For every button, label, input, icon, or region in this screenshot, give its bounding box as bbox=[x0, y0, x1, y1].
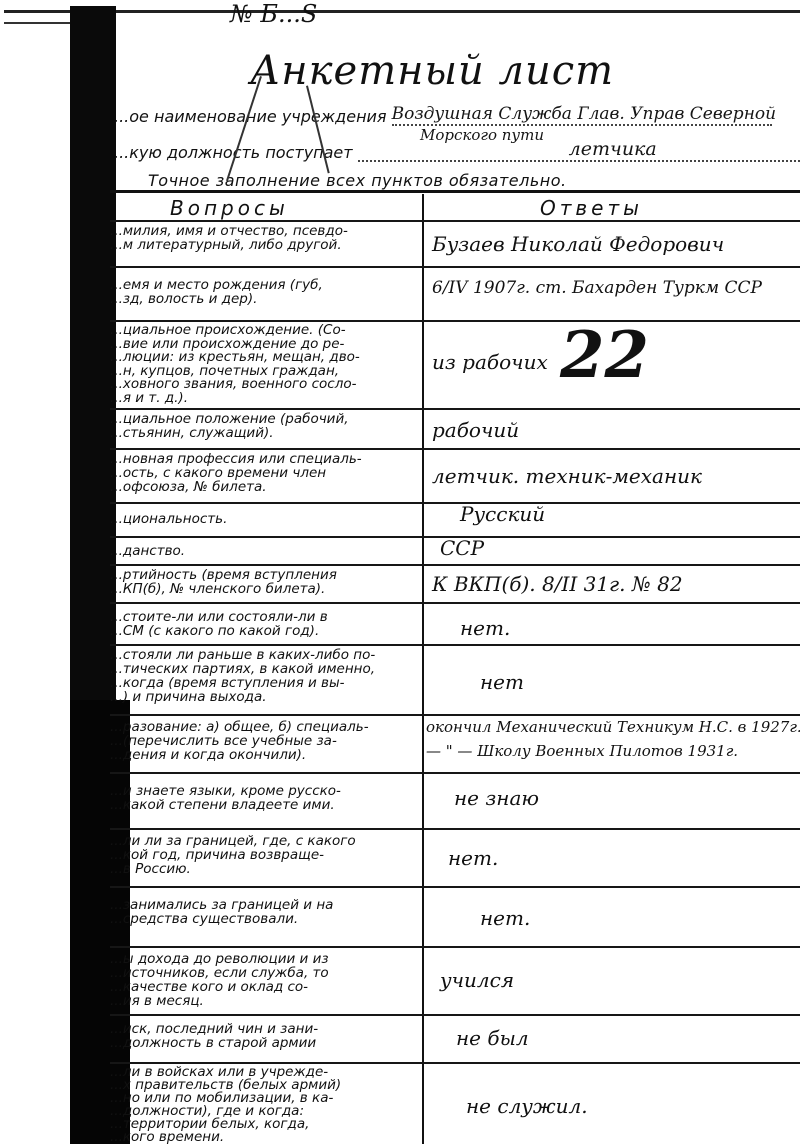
question-text: ...стояли ли раньше в каких-либо по- ...… bbox=[110, 648, 416, 704]
answer-text[interactable]: 6/IV 1907г. ст. Бахарден Туркм ССР bbox=[432, 278, 794, 298]
answer-text[interactable]: нет. bbox=[460, 616, 794, 640]
answer-text-line-1[interactable]: окончил Механический Техникум Н.С. в 192… bbox=[426, 718, 794, 736]
question-text: ...циональность. bbox=[110, 512, 416, 526]
handwritten-stamp-mark: 22 bbox=[560, 318, 649, 393]
institution-fill-line: Воздушная Служба Глав. Управ Северной bbox=[392, 104, 772, 126]
question-text: ...циальное происхождение. (Со- ...вие и… bbox=[110, 324, 416, 405]
question-text: ...милия, имя и отчество, псевдо- ...м л… bbox=[110, 224, 416, 252]
question-text: ...разование: а) общее, б) специаль- ...… bbox=[110, 720, 416, 762]
answer-text[interactable]: учился bbox=[440, 968, 794, 992]
answer-text[interactable]: не знаю bbox=[454, 786, 794, 810]
table-row-birth: ...емя и место рождения (губ, ...зд, вол… bbox=[110, 268, 800, 322]
answer-text-line-2[interactable]: — " — Школу Военных Пилотов 1931г. bbox=[426, 742, 794, 760]
top-border-line bbox=[4, 10, 800, 13]
column-header-questions: Вопросы bbox=[170, 196, 289, 220]
position-fill-line: летчика bbox=[358, 138, 800, 162]
pencil-stroke-mark bbox=[226, 76, 262, 181]
table-row-other-parties: ...стояли ли раньше в каких-либо по- ...… bbox=[110, 646, 800, 716]
questionnaire-sheet: Анкетный лист ...ое наименование учрежде… bbox=[110, 26, 800, 1144]
position-line: ...кую должность поступает летчика bbox=[114, 138, 800, 162]
answer-text[interactable]: нет. bbox=[448, 846, 794, 870]
column-header-answers: Ответы bbox=[540, 196, 643, 220]
table-row-activity-abroad: ...занимались за границей и на ...средст… bbox=[110, 888, 800, 948]
answer-text[interactable]: Русский bbox=[460, 502, 794, 526]
answer-text[interactable]: нет. bbox=[480, 906, 794, 930]
position-value: летчика bbox=[569, 138, 657, 160]
question-text: ...и знаете языки, кроме русско- ...како… bbox=[110, 784, 416, 812]
table-row-nationality: ...циональность. Русский bbox=[110, 504, 800, 538]
table-row-white-armies: ...ли в войсках или в учрежде- ...х прав… bbox=[110, 1064, 800, 1144]
table-row-name: ...милия, имя и отчество, псевдо- ...м л… bbox=[110, 222, 800, 268]
question-text: ...ли ли за границей, где, с какого ...к… bbox=[110, 834, 416, 876]
institution-line: ...ое наименование учреждения Воздушная … bbox=[114, 104, 800, 126]
question-text: ...циальное положение (рабочий, ...стьян… bbox=[110, 412, 416, 440]
question-text: ...новная профессия или специаль- ...ост… bbox=[110, 452, 416, 494]
question-text: ...емя и место рождения (губ, ...зд, вол… bbox=[110, 278, 416, 306]
answer-text[interactable]: К ВКП(б). 8/II 31г. № 82 bbox=[432, 572, 794, 596]
answer-text[interactable]: Бузаев Николай Федорович bbox=[432, 232, 794, 256]
question-text: ...иск, последний чин и зани- ...должнос… bbox=[110, 1022, 416, 1050]
table-row-social-origin: ...циальное происхождение. (Со- ...вие и… bbox=[110, 322, 800, 410]
table-row-social-status: ...циальное положение (рабочий, ...стьян… bbox=[110, 410, 800, 450]
instruction-note: Точное заполнение всех пунктов обязатель… bbox=[148, 171, 567, 190]
table-row-abroad: ...ли ли за границей, где, с какого ...к… bbox=[110, 830, 800, 888]
page-title: Анкетный лист bbox=[250, 48, 614, 94]
table-header-row: Вопросы Ответы bbox=[110, 194, 800, 222]
question-text: ...стоите-ли или состояли-ли в ...СМ (с … bbox=[110, 610, 416, 638]
question-text: ...ртийность (время вступления ...КП(б),… bbox=[110, 568, 416, 596]
question-text: ...ы дохода до революции и из ...источни… bbox=[110, 952, 416, 1008]
answer-text[interactable]: ССР bbox=[440, 536, 794, 560]
answer-text[interactable]: летчик. техник-механик bbox=[432, 464, 794, 488]
table-row-komsomol: ...стоите-ли или состояли-ли в ...СМ (с … bbox=[110, 604, 800, 646]
question-text: ...ли в войсках или в учрежде- ...х прав… bbox=[110, 1066, 416, 1144]
answer-text[interactable]: не служил. bbox=[466, 1094, 794, 1118]
corner-reference-mark: № Б...S bbox=[230, 0, 317, 28]
table-row-party: ...ртийность (время вступления ...КП(б),… bbox=[110, 566, 800, 604]
answer-text[interactable]: не был bbox=[456, 1026, 794, 1050]
header-rule bbox=[110, 190, 800, 193]
institution-value: Воздушная Служба Глав. Управ Северной bbox=[392, 104, 776, 124]
table-row-languages: ...и знаете языки, кроме русско- ...како… bbox=[110, 774, 800, 830]
question-text: ...данство. bbox=[110, 544, 416, 558]
table-row-income: ...ы дохода до революции и из ...источни… bbox=[110, 948, 800, 1016]
table-row-citizenship: ...данство. ССР bbox=[110, 538, 800, 566]
table-row-profession: ...новная профессия или специаль- ...ост… bbox=[110, 450, 800, 504]
answer-text[interactable]: рабочий bbox=[432, 418, 794, 442]
table-row-education: ...разование: а) общее, б) специаль- ...… bbox=[110, 716, 800, 774]
answer-text[interactable]: нет bbox=[480, 670, 794, 694]
question-text: ...занимались за границей и на ...средст… bbox=[110, 898, 416, 926]
table-row-old-army: ...иск, последний чин и зани- ...должнос… bbox=[110, 1016, 800, 1064]
